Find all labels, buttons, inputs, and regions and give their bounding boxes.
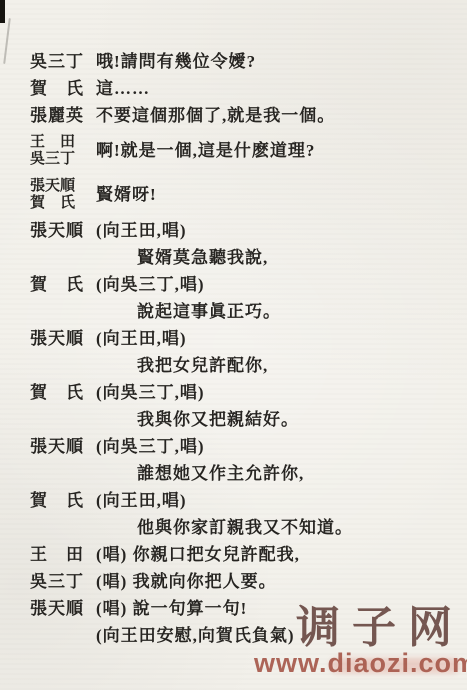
sung-line-text: 他與你家訂親我又不知道。: [30, 518, 459, 538]
dialogue-text: (唱) 我就向你把人要。: [96, 572, 459, 592]
stage-direction-text: (向王田安慰,向賀氏負氣): [30, 626, 459, 646]
script-line: 張天順賀 氏賢婿呀!: [30, 177, 459, 213]
sung-line-text: 誰想她又作主允許你,: [30, 464, 459, 484]
script-line: 張麗英不要這個那個了,就是我一個。: [30, 106, 459, 126]
scan-edge-artifact: [0, 0, 5, 23]
dialogue-text: (向吳三丁,唱): [96, 437, 459, 457]
sung-line-text: 說起這事眞正巧。: [30, 302, 459, 322]
script-line: 說起這事眞正巧。: [30, 302, 459, 322]
speaker-name: 吳三丁: [30, 572, 88, 592]
dialogue-text: (向王田,唱): [96, 491, 459, 511]
speaker-name: 張天順: [30, 329, 88, 349]
sung-line-text: 我把女兒許配你,: [30, 356, 459, 376]
speaker-name: 吳三丁: [30, 52, 88, 72]
dialogue-text: 這……: [96, 79, 459, 99]
script-line: 賀 氏(向吳三丁,唱): [30, 383, 459, 403]
dialogue-text: 不要這個那個了,就是我一個。: [96, 106, 459, 126]
script-line: 王 田(唱) 你親口把女兒許配我,: [30, 545, 459, 565]
speaker-name: 張麗英: [30, 106, 88, 126]
script-line: 他與你家訂親我又不知道。: [30, 518, 459, 538]
speaker-name: 張天順: [30, 178, 88, 195]
script-line: (向王田安慰,向賀氏負氣): [30, 626, 459, 646]
dialogue-text: (向吳三丁,唱): [96, 383, 459, 403]
script-line: 張天順(向王田,唱): [30, 221, 459, 241]
speaker-name: 王 田: [30, 134, 88, 151]
dialogue-text: (唱) 說一句算一句!: [96, 599, 459, 619]
script-line: 賀 氏這……: [30, 79, 459, 99]
scan-scratch-artifact: [3, 18, 11, 64]
stacked-speaker-names: 張天順賀 氏: [30, 178, 88, 212]
dialogue-text: (向王田,唱): [96, 329, 459, 349]
speaker-name: 賀 氏: [30, 491, 88, 511]
script-line: 吳三丁哦!請問有幾位令嬡?: [30, 52, 459, 72]
speaker-name: 賀 氏: [30, 79, 88, 99]
speaker-name: 賀 氏: [30, 275, 88, 295]
dialogue-text: (唱) 你親口把女兒許配我,: [96, 545, 459, 565]
watermark-url: www.diaozi.com: [254, 650, 467, 677]
script-line: 賢婿莫急聽我說,: [30, 248, 459, 268]
speaker-name: 賀 氏: [30, 195, 88, 212]
speaker-name: 張天順: [30, 437, 88, 457]
speaker-name: 張天順: [30, 599, 88, 619]
script-lines: 吳三丁哦!請問有幾位令嬡?賀 氏這……張麗英不要這個那個了,就是我一個。王 田吳…: [30, 52, 459, 653]
speaker-name: 王 田: [30, 545, 88, 565]
speaker-name: 張天順: [30, 221, 88, 241]
speaker-name: 吳三丁: [30, 151, 88, 168]
speaker-name: 賀 氏: [30, 383, 88, 403]
dialogue-text: (向吳三丁,唱): [96, 275, 459, 295]
script-line: 誰想她又作主允許你,: [30, 464, 459, 484]
dialogue-text: 啊!就是一個,這是什麽道理?: [96, 141, 459, 161]
sung-line-text: 賢婿莫急聽我說,: [30, 248, 459, 268]
sung-line-text: 我與你又把親結好。: [30, 410, 459, 430]
script-line: 張天順(向王田,唱): [30, 329, 459, 349]
scanned-script-page: 吳三丁哦!請問有幾位令嬡?賀 氏這……張麗英不要這個那個了,就是我一個。王 田吳…: [0, 0, 467, 690]
script-line: 賀 氏(向王田,唱): [30, 491, 459, 511]
script-line: 張天順(向吳三丁,唱): [30, 437, 459, 457]
script-line: 張天順(唱) 說一句算一句!: [30, 599, 459, 619]
script-line: 我把女兒許配你,: [30, 356, 459, 376]
script-line: 王 田吳三丁啊!就是一個,這是什麽道理?: [30, 133, 459, 169]
dialogue-text: (向王田,唱): [96, 221, 459, 241]
dialogue-text: 哦!請問有幾位令嬡?: [96, 52, 459, 72]
script-line: 吳三丁(唱) 我就向你把人要。: [30, 572, 459, 592]
script-line: 賀 氏(向吳三丁,唱): [30, 275, 459, 295]
script-line: 我與你又把親結好。: [30, 410, 459, 430]
stacked-speaker-names: 王 田吳三丁: [30, 134, 88, 168]
dialogue-text: 賢婿呀!: [96, 185, 459, 205]
watermark-smudge: [330, 658, 460, 673]
